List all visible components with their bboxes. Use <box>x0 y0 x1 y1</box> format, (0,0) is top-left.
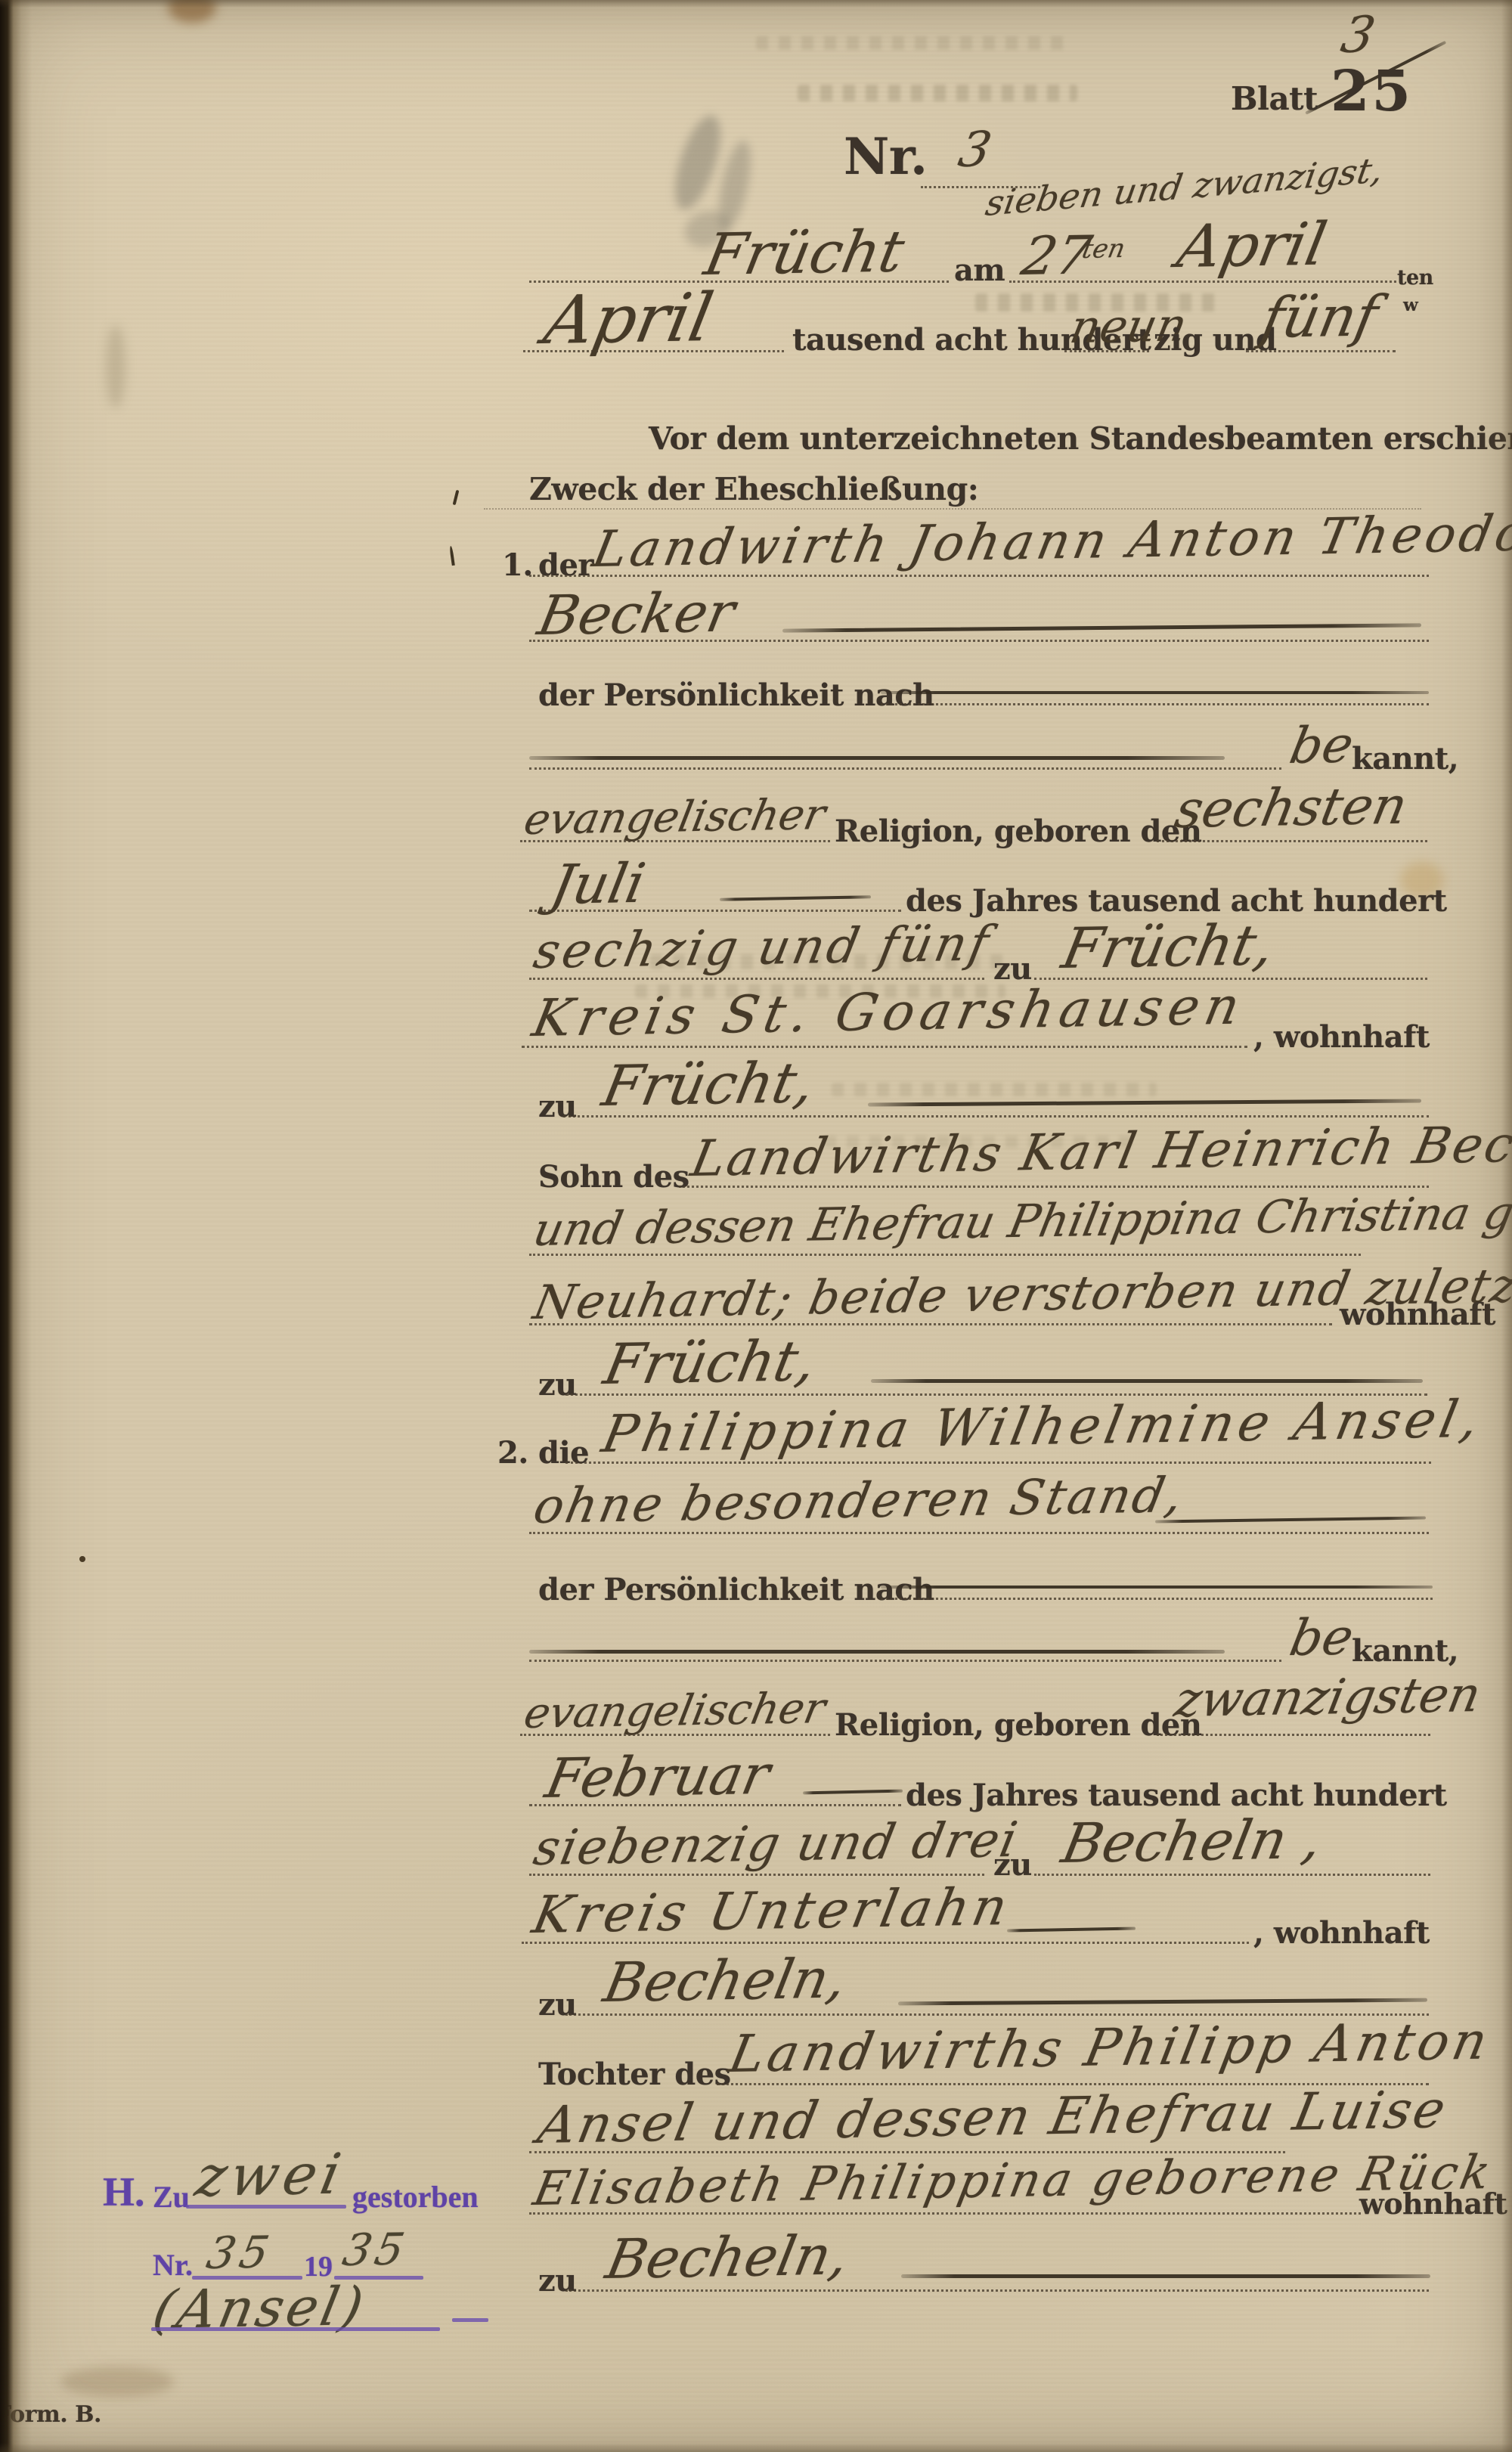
scanned-marriage-record-page: 3 Blatt 25 Nr. 3 sieben und zwanzigst, F… <box>0 0 1512 2452</box>
groom-residence-handwritten: Frücht, <box>597 1050 820 1119</box>
bride-bekannt-handwritten: be <box>1285 1608 1359 1667</box>
dotted-line <box>1157 840 1427 842</box>
bride-birth-year-handwritten: siebenzig und drei <box>529 1812 1023 1877</box>
dotted-line <box>529 1532 1429 1534</box>
dotted-line <box>522 1942 1249 1944</box>
wohnhaft-comma-label: , wohnhaft <box>1253 1019 1430 1055</box>
ink-mark <box>453 490 460 505</box>
sohn-des-label: Sohn des <box>538 1159 689 1195</box>
ink-rule <box>529 1650 1225 1654</box>
kannt-label: kannt, <box>1352 1633 1458 1669</box>
month-line-handwritten: April <box>538 278 719 359</box>
religion-label: Religion, geboren den <box>835 1707 1201 1743</box>
persoenlichkeit-label: der Persönlichkeit nach <box>538 677 934 713</box>
ink-rule <box>871 1379 1423 1383</box>
zu-label: zu <box>538 1987 577 2023</box>
bleedthrough-text <box>798 85 1077 101</box>
dotted-line <box>529 640 1429 642</box>
month-handwritten: April <box>1172 211 1332 281</box>
ink-dash <box>720 895 871 901</box>
blatt-label: Blatt <box>1231 80 1318 117</box>
day-suffix-handwritten: ten <box>1080 234 1128 265</box>
bride-district-handwritten: Kreis Unterlahn <box>528 1877 1016 1945</box>
bride-status-handwritten: ohne besonderen Stand, <box>529 1468 1189 1535</box>
blatt-number: 25 <box>1331 59 1413 124</box>
binding-edge <box>0 0 32 2452</box>
ink-rule <box>1155 1517 1426 1524</box>
groom-father-handwritten: Landwirths Karl Heinrich Becker <box>686 1114 1512 1188</box>
groom-birth-place-handwritten: Frücht, <box>1057 913 1280 981</box>
wohnhaft-label: wohnhaft <box>1340 1297 1495 1332</box>
zu-label: zu <box>538 2263 577 2299</box>
dotted-line <box>529 2212 1361 2215</box>
dotted-line <box>1034 1874 1430 1876</box>
wohnhaft-label: wohnhaft <box>1359 2187 1507 2221</box>
bride-item-number: 2. <box>497 1435 528 1471</box>
page-edge-right <box>1501 0 1512 2452</box>
groom-birth-year-handwritten: sechzig und fünf <box>529 916 996 980</box>
ink-dash <box>803 1790 903 1795</box>
des-jahres-label: des Jahres tausend acht hundert <box>906 1778 1447 1813</box>
dotted-line <box>529 1323 1332 1325</box>
dotted-line <box>565 2289 1429 2292</box>
groom-religion-handwritten: evangelischer <box>520 790 829 845</box>
dotted-line <box>563 1115 1429 1118</box>
stain <box>106 325 125 408</box>
bride-names-handwritten: Philippina Wilhelmine Ansel, <box>597 1390 1488 1465</box>
bleedthrough-text <box>832 1083 1157 1096</box>
dotted-line <box>529 910 901 912</box>
dotted-line <box>679 1186 1429 1188</box>
dotted-line <box>529 1254 1361 1256</box>
ink-rule <box>898 1998 1427 2006</box>
dotted-line <box>520 840 830 842</box>
des-jahres-label: des Jahres tausend acht hundert <box>906 883 1447 919</box>
groom-bekannt-handwritten: be <box>1285 716 1359 775</box>
dotted-line <box>529 1874 984 1876</box>
groom-article: der <box>538 547 593 583</box>
zu-label: zu <box>538 1089 577 1124</box>
kannt-label: kannt, <box>1352 741 1458 777</box>
dotted-line <box>529 767 1281 770</box>
tochter-des-label: Tochter des <box>538 2057 731 2092</box>
dotted-line <box>529 575 1429 577</box>
bride-article: die <box>538 1435 589 1471</box>
bride-birth-day-handwritten: zwanzigsten <box>1170 1667 1486 1728</box>
dotted-line <box>522 1046 1247 1048</box>
am-label: am <box>954 253 1005 288</box>
bride-birth-month-handwritten: Februar <box>541 1743 775 1810</box>
dotted-line <box>881 1598 1433 1600</box>
record-number-label: Nr. <box>844 127 928 186</box>
stamp-reference-handwritten: zwei <box>191 2142 350 2209</box>
speck <box>79 1556 85 1562</box>
religion-label: Religion, geboren den <box>835 814 1201 849</box>
intro-line-2: Zweck der Eheschließung: <box>529 471 978 507</box>
stamp-rule <box>151 2327 440 2331</box>
bride-mother2-handwritten: Elisabeth Philippina geborene Rück <box>529 2144 1498 2216</box>
dotted-line <box>529 1804 901 1806</box>
dotted-line <box>520 1734 830 1736</box>
stamp-rule <box>452 2318 488 2322</box>
groom-item-number: 1. <box>502 547 533 583</box>
place-handwritten: Frücht <box>699 217 909 288</box>
zu-label: zu <box>538 1367 577 1403</box>
wohnhaft-comma-label: , wohnhaft <box>1253 1915 1430 1951</box>
dotted-line <box>1246 350 1396 352</box>
ink-mark <box>449 546 455 566</box>
persoenlichkeit-label: der Persönlichkeit nach <box>538 1572 934 1607</box>
ink-dash <box>1007 1927 1136 1933</box>
groom-birth-month-handwritten: Juli <box>546 851 650 916</box>
ink-rule <box>901 2274 1430 2278</box>
dotted-line <box>529 978 984 980</box>
page-edge-bottom <box>0 2443 1512 2452</box>
year-unit-handwritten: fünf <box>1256 284 1383 351</box>
bride-parents-residence-handwritten: Becheln, <box>601 2223 854 2291</box>
dotted-line <box>523 350 784 352</box>
printed-suffix-ten: ten <box>1397 266 1433 290</box>
ink-rule <box>868 1099 1421 1106</box>
bleedthrough-text <box>756 36 1074 50</box>
bride-residence-handwritten: Becheln, <box>599 1946 852 2014</box>
dotted-line <box>565 1462 1431 1464</box>
groom-occupation-names-handwritten: Landwirth Johann Anton Theodor <box>588 504 1512 578</box>
stamp-year-handwritten: 35 <box>339 2224 412 2276</box>
stamp-gestorben-label: gestorben <box>352 2179 479 2215</box>
page-edge-top <box>0 0 1512 8</box>
ink-rule <box>881 691 1429 694</box>
sheet-number-handwritten: 3 <box>1337 5 1380 64</box>
intro-line-1: Vor dem unterzeichneten Standesbeamten e… <box>649 420 1512 457</box>
ink-rule <box>881 1586 1433 1589</box>
printed-suffix-w: w <box>1403 295 1417 315</box>
dotted-line <box>529 1660 1281 1662</box>
stamp-zu-label: Zu <box>153 2179 190 2215</box>
groom-parents-residence-handwritten: Frücht, <box>599 1328 822 1397</box>
groom-district-handwritten: Kreis St. Goarshausen <box>528 977 1250 1049</box>
ink-rule <box>529 756 1225 760</box>
bride-religion-handwritten: evangelischer <box>520 1684 829 1738</box>
record-number-handwritten: 3 <box>954 122 996 178</box>
stamp-nr-label: Nr. <box>153 2247 193 2283</box>
bride-birth-place-handwritten: Becheln , <box>1057 1807 1328 1875</box>
groom-surname-handwritten: Becker <box>533 581 740 647</box>
dotted-line <box>1157 1734 1430 1736</box>
groom-birth-day-handwritten: sechsten <box>1170 777 1412 840</box>
stamp-number-handwritten: 35 <box>203 2227 277 2279</box>
dotted-line <box>881 703 1429 705</box>
stamp-h-label: H. <box>103 2168 145 2215</box>
bride-father-handwritten: Landwirths Philipp Anton <box>724 2012 1496 2085</box>
stain <box>60 2367 174 2397</box>
ink-rule <box>782 623 1421 632</box>
